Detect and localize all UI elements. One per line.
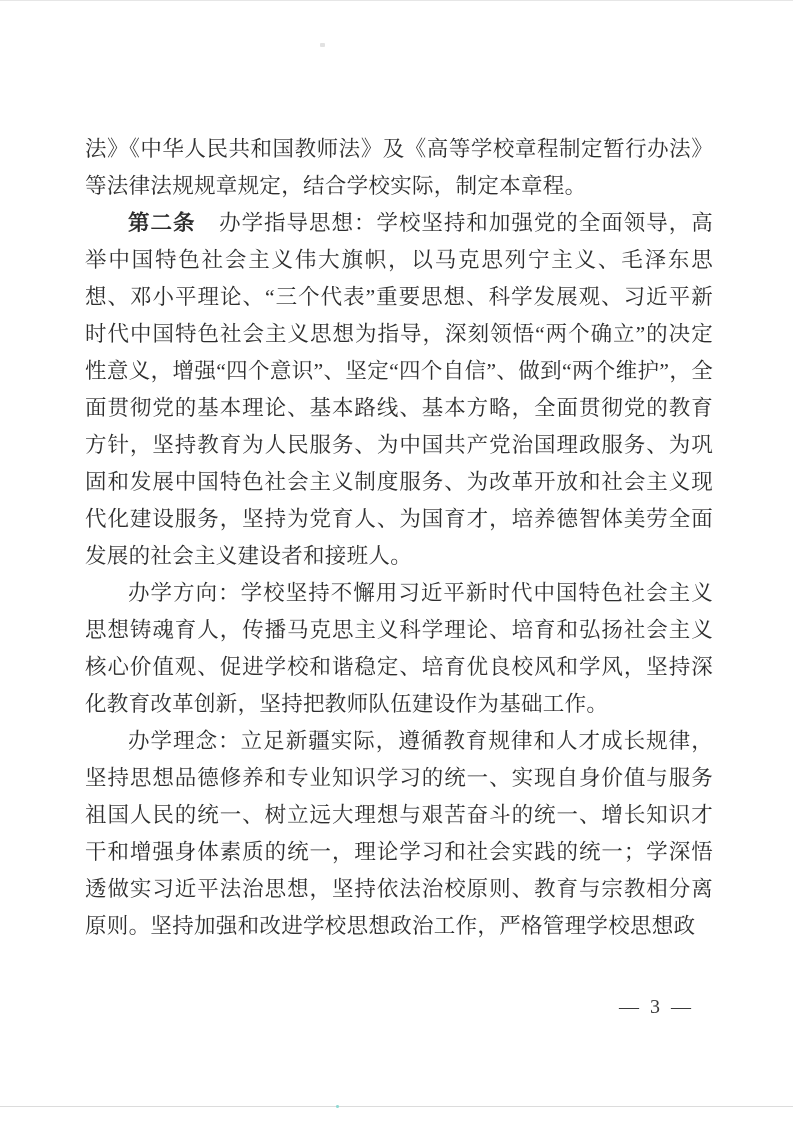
paragraph-article-2: 第二条办学指导思想：学校坚持和加强党的全面领导，高举中国特色社会主义伟大旗帜，以… (85, 205, 713, 575)
scan-edge-line-top (0, 0, 793, 1)
scan-speck-teal (336, 1105, 339, 1108)
paragraph-text: 办学方向：学校坚持不懈用习近平新时代中国特色社会主义思想铸魂育人，传播马克思主义… (85, 581, 713, 716)
scanned-document-page: 法》《中华人民共和国教师法》及《高等学校章程制定暂行办法》等法律法规规章规定，结… (0, 0, 793, 1121)
paragraph-text: 法》《中华人民共和国教师法》及《高等学校章程制定暂行办法》等法律法规规章规定，结… (85, 137, 713, 198)
paragraph-text: 办学指导思想：学校坚持和加强党的全面领导，高举中国特色社会主义伟大旗帜，以马克思… (85, 211, 713, 568)
paragraph-school-direction: 办学方向：学校坚持不懈用习近平新时代中国特色社会主义思想铸魂育人，传播马克思主义… (85, 575, 713, 723)
page-number: — 3 — (619, 995, 694, 1019)
paragraph-text: 办学理念：立足新疆实际，遵循教育规律和人才成长规律，坚持思想品德修养和专业知识学… (85, 729, 713, 938)
paragraph-school-philosophy: 办学理念：立足新疆实际，遵循教育规律和人才成长规律，坚持思想品德修养和专业知识学… (85, 723, 713, 945)
scan-edge-line-bottom (0, 1106, 793, 1107)
document-body: 法》《中华人民共和国教师法》及《高等学校章程制定暂行办法》等法律法规规章规定，结… (85, 131, 713, 945)
scan-speck (320, 43, 325, 47)
paragraph-continuation: 法》《中华人民共和国教师法》及《高等学校章程制定暂行办法》等法律法规规章规定，结… (85, 131, 713, 205)
article-number-label: 第二条 (128, 211, 195, 235)
